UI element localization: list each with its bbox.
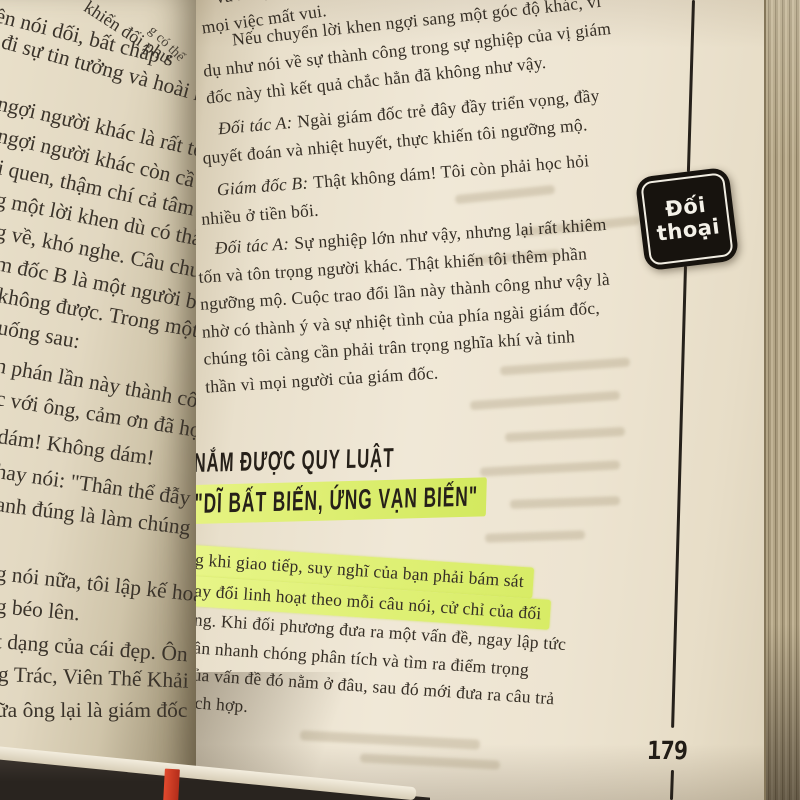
book-photo: và khuyết điể mọi việc mất vui. Nếu chuy…: [0, 0, 800, 800]
left-page-text-fragment: g Trác, Viên Thế Khải: [0, 661, 189, 694]
section-heading-line2: "DĨ BẤT BIẾN, ỨNG VẠN BIẾN": [194, 477, 487, 524]
left-page: khiến đối phư g có thể ền nói dối, bất c…: [0, 0, 196, 800]
page-stack-fore-edge: [764, 0, 800, 800]
paragraph-rule: Trong khi giao tiếp, suy nghĩ của bạn ph…: [151, 543, 571, 741]
paragraph-dialog-partner-a-2: Đối tác A:Sự nghiệp lớn như vậy, nhưng l…: [196, 211, 616, 401]
dialog-speaker-label: Đối tác A:: [214, 233, 290, 258]
left-page-text-fragment: g béo lên.: [0, 593, 81, 626]
left-page-text-fragment: ữa ông lại là giám đốc: [0, 697, 187, 723]
dialog-speaker-label: Giám đốc B:: [216, 172, 309, 199]
chapter-tab: Đối thoại: [635, 167, 740, 272]
chapter-tab-border: Đối thoại: [640, 172, 734, 266]
chapter-tab-label-line2: thoại: [656, 215, 722, 246]
dialog-speaker-label: Đối tác A:: [217, 112, 293, 138]
page-number: 179: [647, 736, 688, 765]
highlighted-heading-text: "DĨ BẤT BIẾN, ỨNG VẠN BIẾN": [191, 477, 487, 524]
section-heading-line1: NẮM ĐƯỢC QUY LUẬT: [193, 440, 486, 478]
section-heading: NẮM ĐƯỢC QUY LUẬT "DĨ BẤT BIẾN, ỨNG VẠN …: [194, 436, 667, 524]
bookmark-ribbon: [163, 769, 180, 800]
